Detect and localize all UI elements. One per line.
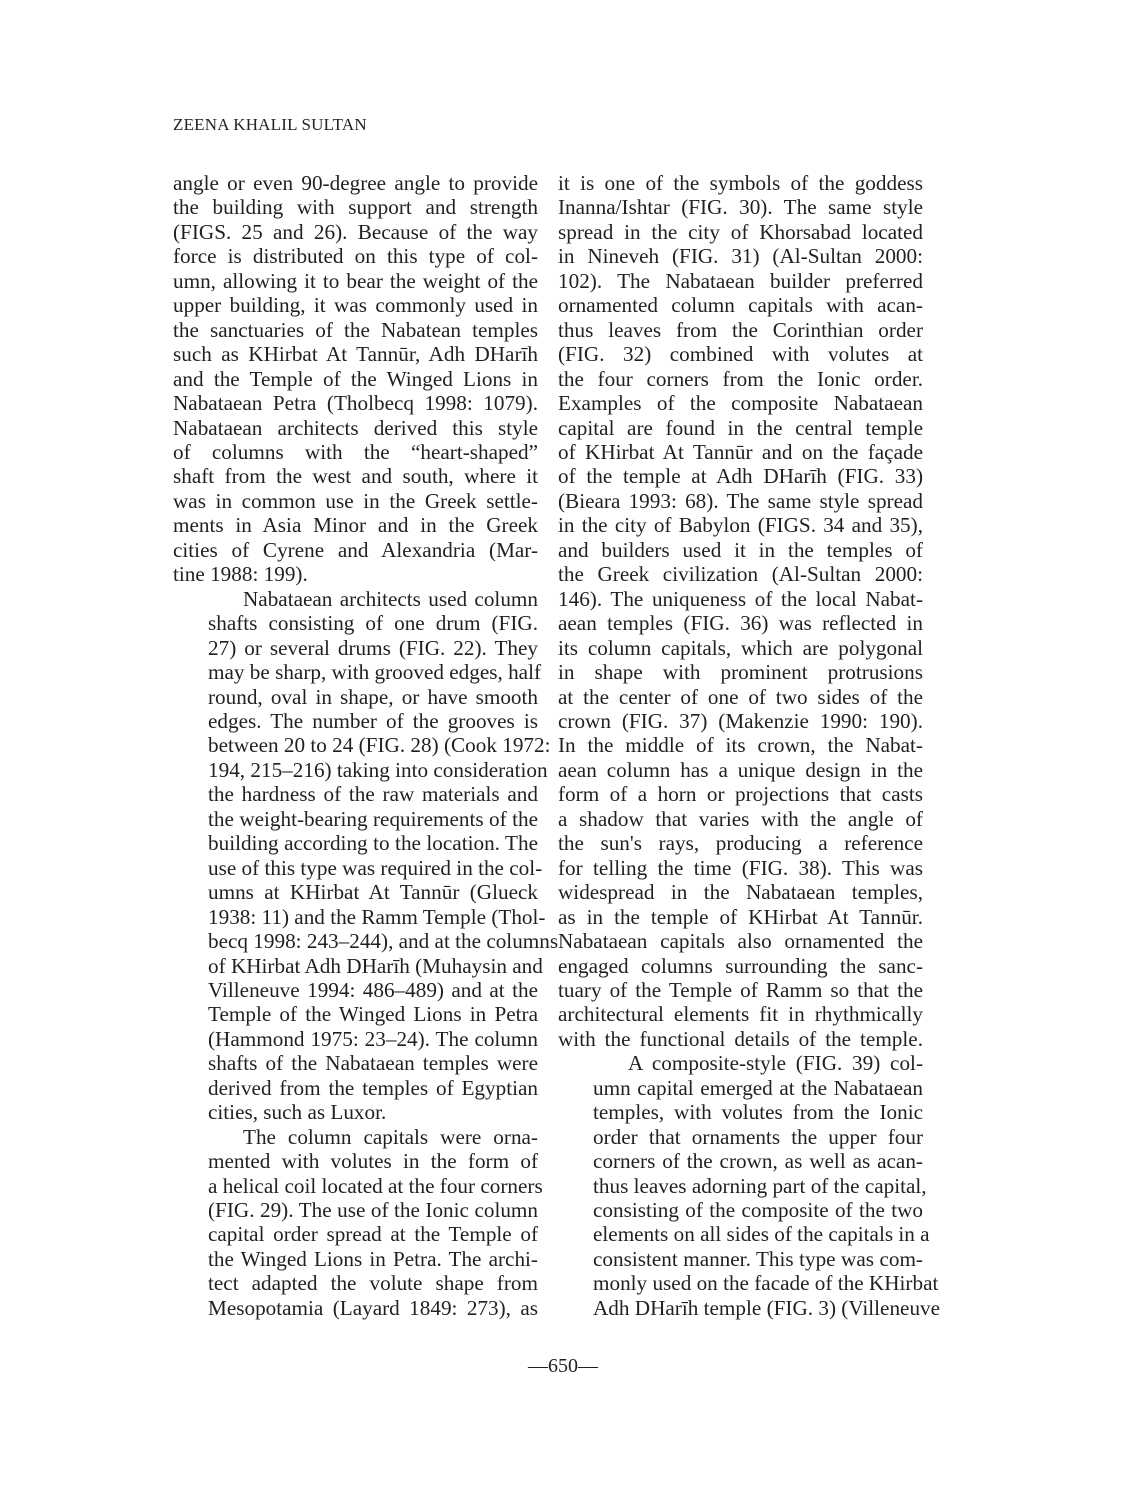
text-line: for telling the time (FIG. 38). This was — [558, 856, 923, 880]
text-line: Villeneuve 1994: 486–489) and at the — [173, 978, 538, 1002]
text-line: monly used on the facade of the KHirbat — [558, 1271, 923, 1295]
left-text-column: angle or even 90-degree angle to provide… — [173, 171, 538, 1320]
text-line: thus leaves from the Corinthian order — [558, 318, 923, 342]
text-line: umns at KHirbat At Tannūr (Glueck — [173, 880, 538, 904]
text-line: capital are found in the central temple — [558, 416, 923, 440]
text-line: widespread in the Nabataean temples, — [558, 880, 923, 904]
paragraph: it is one of the symbols of the goddess … — [558, 171, 923, 1051]
text-line: consisting of the composite of the two — [558, 1198, 923, 1222]
text-line: the weight-bearing requirements of the — [173, 807, 538, 831]
text-line: (Hammond 1975: 23–24). The column — [173, 1027, 538, 1051]
text-line: tine 1988: 199). — [173, 562, 538, 586]
text-line: Nabataean capitals also ornamented the — [558, 929, 923, 953]
text-line: angle or even 90-degree angle to provide — [173, 171, 538, 195]
text-line: The column capitals were orna- — [173, 1125, 538, 1149]
text-line: edges. The number of the grooves is — [173, 709, 538, 733]
text-line: and the Temple of the Winged Lions in — [173, 367, 538, 391]
text-line: the sanctuaries of the Nabatean temples — [173, 318, 538, 342]
text-line: in the city of Babylon (FIGS. 34 and 35)… — [558, 513, 923, 537]
text-line: it is one of the symbols of the goddess — [558, 171, 923, 195]
text-line: form of a horn or projections that casts — [558, 782, 923, 806]
text-line: (FIG. 29). The use of the Ionic column — [173, 1198, 538, 1222]
text-line: order that ornaments the upper four — [558, 1125, 923, 1149]
text-line: shafts of the Nabataean temples were — [173, 1051, 538, 1075]
text-line: corners of the crown, as well as acan- — [558, 1149, 923, 1173]
text-line: temples, with volutes from the Ionic — [558, 1100, 923, 1124]
text-line: in Nineveh (FIG. 31) (Al-Sultan 2000: — [558, 244, 923, 268]
text-line: derived from the temples of Egyptian — [173, 1076, 538, 1100]
text-line: 1938: 11) and the Ramm Temple (Thol- — [173, 905, 538, 929]
text-line: with the functional details of the templ… — [558, 1027, 923, 1051]
text-line: thus leaves adorning part of the capital… — [558, 1174, 923, 1198]
text-line: a shadow that varies with the angle of — [558, 807, 923, 831]
text-line: a helical coil located at the four corne… — [173, 1174, 538, 1198]
text-line: ments in Asia Minor and in the Greek — [173, 513, 538, 537]
text-line: force is distributed on this type of col… — [173, 244, 538, 268]
text-line: 27) or several drums (FIG. 22). They — [173, 636, 538, 660]
page-number: —650— — [0, 1355, 1126, 1378]
text-line: of KHirbat At Tannūr and on the façade — [558, 440, 923, 464]
text-line: 194, 215–216) taking into consideration — [173, 758, 538, 782]
text-line: In the middle of its crown, the Nabat- — [558, 733, 923, 757]
text-line: ornamented column capitals with acan- — [558, 293, 923, 317]
text-line: the building with support and strength — [173, 195, 538, 219]
text-line: A composite-style (FIG. 39) col- — [558, 1051, 923, 1075]
text-line: of KHirbat Adh DHarīh (Muhaysin and — [173, 954, 538, 978]
text-line: consistent manner. This type was com- — [558, 1247, 923, 1271]
text-line: the four corners from the Ionic order. — [558, 367, 923, 391]
text-line: 102). The Nabataean builder preferred — [558, 269, 923, 293]
text-line: 146). The uniqueness of the local Nabat- — [558, 587, 923, 611]
text-line: Temple of the Winged Lions in Petra — [173, 1002, 538, 1026]
text-line: umn, allowing it to bear the weight of t… — [173, 269, 538, 293]
text-line: of columns with the “heart-shaped” — [173, 440, 538, 464]
text-line: may be sharp, with grooved edges, half — [173, 660, 538, 684]
text-line: of the temple at Adh DHarīh (FIG. 33) — [558, 464, 923, 488]
text-line: Examples of the composite Nabataean — [558, 391, 923, 415]
text-line: tuary of the Temple of Ramm so that the — [558, 978, 923, 1002]
text-line: (Bieara 1993: 68). The same style spread — [558, 489, 923, 513]
text-line: capital order spread at the Temple of — [173, 1222, 538, 1246]
text-line: and builders used it in the temples of — [558, 538, 923, 562]
running-head-author: ZEENA KHALIL SULTAN — [173, 115, 367, 135]
text-line: the Greek civilization (Al-Sultan 2000: — [558, 562, 923, 586]
text-line: cities, such as Luxor. — [173, 1100, 538, 1124]
paragraph: Nabataean architects used column shafts … — [173, 587, 538, 1125]
text-line: Nabataean architects derived this style — [173, 416, 538, 440]
text-line: elements on all sides of the capitals in… — [558, 1222, 923, 1246]
text-line: aean temples (FIG. 36) was reflected in — [558, 611, 923, 635]
paragraph: angle or even 90-degree angle to provide… — [173, 171, 538, 587]
text-line: tect adapted the volute shape from — [173, 1271, 538, 1295]
text-line: cities of Cyrene and Alexandria (Mar- — [173, 538, 538, 562]
text-line: the sun's rays, producing a reference — [558, 831, 923, 855]
text-line: Adh DHarīh temple (FIG. 3) (Villeneuve — [558, 1296, 923, 1320]
text-line: (FIGS. 25 and 26). Because of the way — [173, 220, 538, 244]
text-line: was in common use in the Greek settle- — [173, 489, 538, 513]
text-line: round, oval in shape, or have smooth — [173, 685, 538, 709]
paragraph: A composite-style (FIG. 39) col- umn cap… — [558, 1051, 923, 1320]
text-line: engaged columns surrounding the sanc- — [558, 954, 923, 978]
text-line: its column capitals, which are polygonal — [558, 636, 923, 660]
text-line: umn capital emerged at the Nabataean — [558, 1076, 923, 1100]
text-line: aean column has a unique design in the — [558, 758, 923, 782]
text-line: building according to the location. The — [173, 831, 538, 855]
text-line: Mesopotamia (Layard 1849: 273), as — [173, 1296, 538, 1320]
text-line: shaft from the west and south, where it — [173, 464, 538, 488]
text-line: upper building, it was commonly used in — [173, 293, 538, 317]
text-line: such as KHirbat At Tannūr, Adh DHarīh — [173, 342, 538, 366]
right-text-column: it is one of the symbols of the goddess … — [558, 171, 923, 1320]
text-line: Inanna/Ishtar (FIG. 30). The same style — [558, 195, 923, 219]
text-line: the hardness of the raw materials and — [173, 782, 538, 806]
text-line: Nabataean architects used column — [173, 587, 538, 611]
text-line: mented with volutes in the form of — [173, 1149, 538, 1173]
text-line: shafts consisting of one drum (FIG. — [173, 611, 538, 635]
text-line: as in the temple of KHirbat At Tannūr. — [558, 905, 923, 929]
text-line: at the center of one of two sides of the — [558, 685, 923, 709]
text-line: the Winged Lions in Petra. The archi- — [173, 1247, 538, 1271]
paragraph: The column capitals were orna- mented wi… — [173, 1125, 538, 1321]
text-line: becq 1998: 243–244), and at the columns — [173, 929, 538, 953]
text-line: spread in the city of Khorsabad located — [558, 220, 923, 244]
text-line: crown (FIG. 37) (Makenzie 1990: 190). — [558, 709, 923, 733]
text-line: architectural elements fit in rhythmical… — [558, 1002, 923, 1026]
text-line: in shape with prominent protrusions — [558, 660, 923, 684]
text-line: use of this type was required in the col… — [173, 856, 538, 880]
text-line: (FIG. 32) combined with volutes at — [558, 342, 923, 366]
text-line: between 20 to 24 (FIG. 28) (Cook 1972: — [173, 733, 538, 757]
text-line: Nabataean Petra (Tholbecq 1998: 1079). — [173, 391, 538, 415]
